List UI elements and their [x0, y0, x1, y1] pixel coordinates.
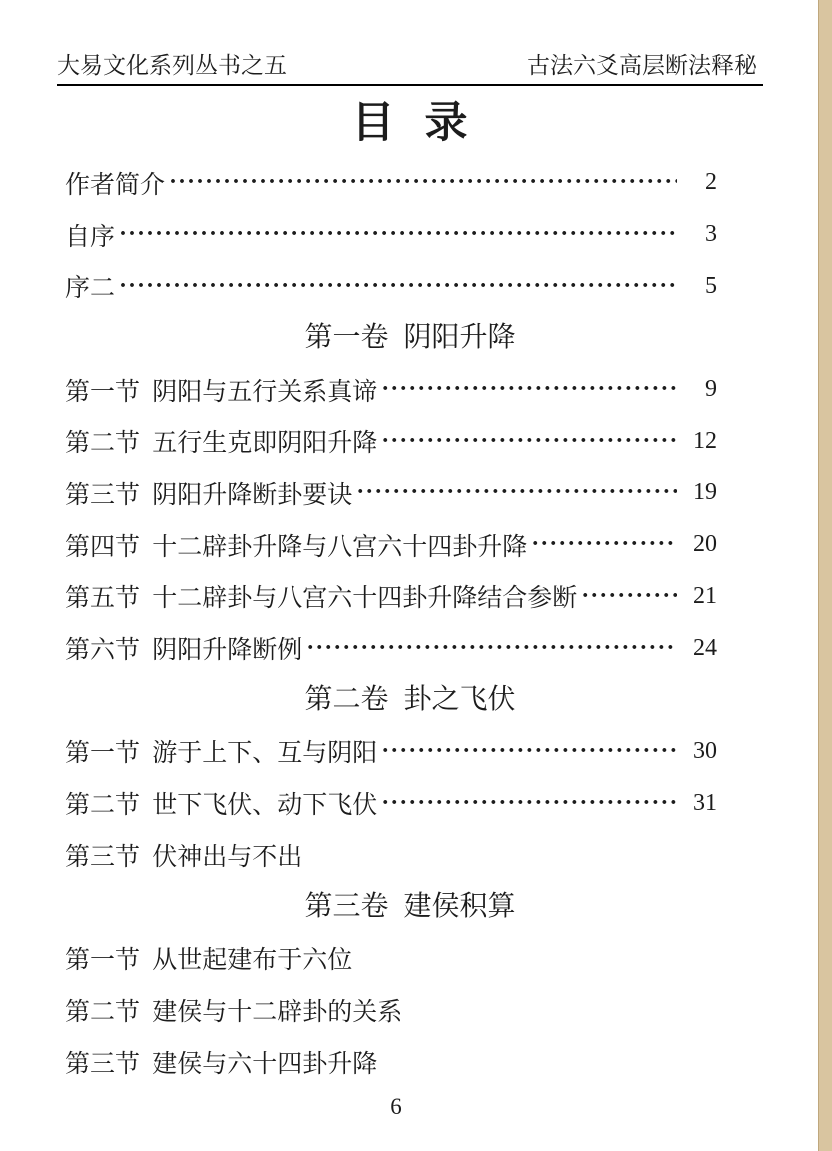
toc-entry: 第二节 世下飞伏、动下飞伏···························…: [57, 777, 763, 829]
dotted-leader: ········································…: [381, 428, 677, 455]
toc-entry: 第五节 十二辟卦与八宫六十四卦升降结合参断···················…: [57, 571, 763, 623]
toc-entry: 序二······································…: [57, 260, 763, 312]
toc-entry-page: 2: [683, 169, 717, 196]
toc-entry-label: 第四节 十二辟卦升降与八宫六十四卦升降: [65, 527, 527, 563]
page-title: 目 录: [57, 97, 763, 149]
toc-entry-label: 第六节 阴阳升降断例: [65, 630, 302, 666]
toc-entry: 第二节 建侯与十二辟卦的关系: [57, 984, 763, 1036]
dotted-leader: ········································…: [119, 221, 677, 248]
running-header: 大易文化系列丛书之五 古法六爻高层断法释秘: [57, 53, 763, 86]
toc-entry-page: 3: [683, 221, 717, 248]
dotted-leader: ········································…: [119, 273, 677, 300]
toc-entry: 第六节 阴阳升降断例······························…: [57, 622, 763, 674]
toc-entry-page: 9: [683, 376, 717, 403]
toc-entry: 第四节 十二辟卦升降与八宫六十四卦升降·····················…: [57, 519, 763, 571]
toc-entry: 第三节 阴阳升降断卦要诀····························…: [57, 467, 763, 519]
toc-entry-label: 第一节 游于上下、互与阴阳: [65, 733, 377, 769]
page-footer: 6: [57, 1094, 763, 1120]
toc-entry-page: 24: [683, 635, 717, 662]
dotted-leader: ········································…: [356, 479, 677, 506]
toc-list: 作者简介····································…: [57, 157, 763, 1087]
toc-entry-label: 第二节 五行生克即阴阳升降: [65, 423, 377, 459]
volume-heading: 第一卷 阴阳升降: [57, 312, 763, 364]
toc-entry-page: 21: [683, 583, 717, 610]
dotted-leader: ········································…: [581, 583, 677, 610]
toc-entry-page: 31: [683, 790, 717, 817]
volume-heading: 第二卷 卦之飞伏: [57, 674, 763, 726]
toc-entry-label: 第三节 伏神出与不出: [65, 837, 302, 873]
toc-entry-label: 第三节 阴阳升降断卦要诀: [65, 475, 352, 511]
toc-entry: 第一节 游于上下、互与阴阳···························…: [57, 726, 763, 778]
toc-entry-page: 30: [683, 738, 717, 765]
toc-entry-page: 19: [683, 479, 717, 506]
dotted-leader: ········································…: [531, 531, 677, 558]
toc-entry-label: 序二: [65, 268, 115, 304]
toc-entry: 自序······································…: [57, 209, 763, 261]
toc-entry: 第二节 五行生克即阴阳升降···························…: [57, 415, 763, 467]
toc-entry-label: 第二节 建侯与十二辟卦的关系: [65, 992, 402, 1028]
toc-entry-label: 第三节 建侯与六十四卦升降: [65, 1044, 377, 1080]
dotted-leader: ········································…: [306, 635, 677, 662]
book-edge-strip: [818, 0, 832, 1151]
dotted-leader: ········································…: [381, 738, 677, 765]
toc-entry-label: 自序: [65, 217, 115, 253]
dotted-leader: ········································…: [381, 790, 677, 817]
toc-entry-label: 第五节 十二辟卦与八宫六十四卦升降结合参断: [65, 578, 577, 614]
toc-entry: 作者简介····································…: [57, 157, 763, 209]
header-series-title: 大易文化系列丛书之五: [57, 53, 287, 79]
page-number: 6: [390, 1094, 402, 1119]
toc-entry-page: 5: [683, 273, 717, 300]
toc-entry: 第三节 建侯与六十四卦升降: [57, 1036, 763, 1088]
dotted-leader: ········································…: [169, 169, 677, 196]
toc-entry: 第一节 阴阳与五行关系真谛···························…: [57, 364, 763, 416]
toc-entry-label: 第一节 从世起建布于六位: [65, 940, 352, 976]
toc-entry-label: 作者简介: [65, 165, 165, 201]
toc-entry: 第一节 从世起建布于六位: [57, 932, 763, 984]
scanned-book-page: 大易文化系列丛书之五 古法六爻高层断法释秘 目 录 作者简介··········…: [0, 0, 832, 1151]
toc-entry-label: 第一节 阴阳与五行关系真谛: [65, 372, 377, 408]
page-content: 大易文化系列丛书之五 古法六爻高层断法释秘 目 录 作者简介··········…: [57, 0, 763, 1151]
toc-entry: 第三节 伏神出与不出: [57, 829, 763, 881]
toc-entry-page: 20: [683, 531, 717, 558]
header-book-title: 古法六爻高层断法释秘: [527, 53, 763, 79]
toc-entry-page: 12: [683, 428, 717, 455]
toc-entry-label: 第二节 世下飞伏、动下飞伏: [65, 785, 377, 821]
dotted-leader: ········································…: [381, 376, 677, 403]
volume-heading: 第三卷 建侯积算: [57, 881, 763, 933]
